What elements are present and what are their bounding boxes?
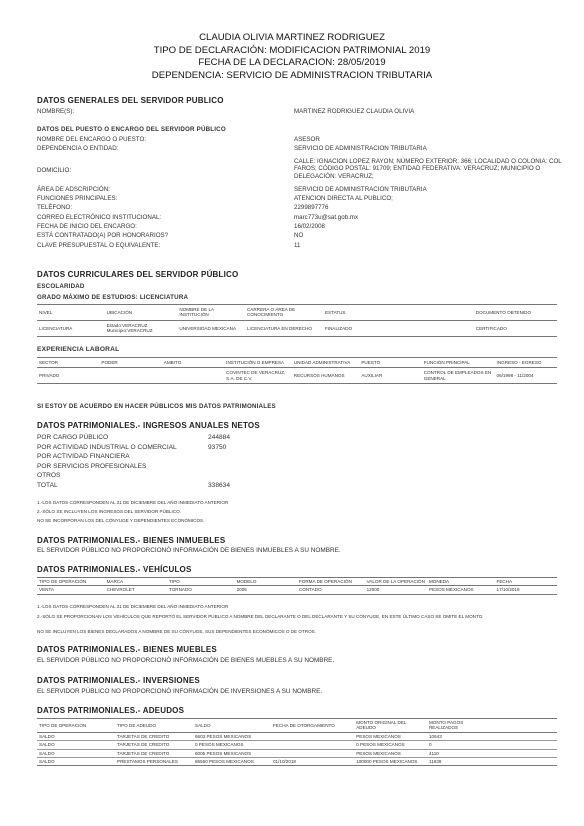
header-cell: UNIDAD ADMINISTRATIVA xyxy=(292,358,360,368)
table-cell: TORNADO xyxy=(167,586,235,594)
table-cell: 6603 PESOS MEXICANOS xyxy=(193,732,271,740)
section-title-datos-generales: DATOS GENERALES DEL SERVIDOR PUBLICO xyxy=(37,96,224,105)
table-header-row: TIPO DE OPERACIÓNMARCATIPOMODELOFORMA DE… xyxy=(37,578,557,586)
header-cell: VALOR DE LA OPERACIÓN xyxy=(365,578,427,586)
section-title-adeudos: DATOS PATRIMONIALES.- ADEUDOS xyxy=(37,706,184,715)
header-cell: TIPO DE ADEUDO xyxy=(115,719,193,733)
field-value: NO xyxy=(294,232,564,239)
income-label: POR CARGO PÚBLICO xyxy=(37,434,108,441)
table-cell xyxy=(99,368,161,384)
table-row: LICENCIATURAEstado:VERACRUZ Municipio:VE… xyxy=(37,320,557,336)
field-value: SERVICIO DE ADMINISTRACION TRIBUTARIA xyxy=(294,145,564,152)
table-cell xyxy=(271,749,354,757)
field-label: TELÉFONO: xyxy=(37,204,72,211)
field-value: CALLE: IGNACION LOPEZ RAYON; NÚMERO EXTE… xyxy=(294,158,564,180)
table-row: SALDOTARJETAS DE CREDITO6603 PESOS MEXIC… xyxy=(37,732,557,740)
header-cell: MONTO ORIGINAL DEL ADEUDO xyxy=(354,719,427,733)
declarant-name: CLAUDIA OLIVIA MARTINEZ RODRIGUEZ xyxy=(0,32,584,45)
document-header: CLAUDIA OLIVIA MARTINEZ RODRIGUEZ TIPO D… xyxy=(0,32,584,82)
table-cell: TARJETAS DE CREDITO xyxy=(115,732,193,740)
table-cell: LICENCIATURA EN DERECHO xyxy=(245,320,323,336)
field-label: ÁREA DE ADSCRIPCIÓN: xyxy=(37,186,110,193)
field-label: CORREO ELECTRÓNICO INSTITUCIONAL: xyxy=(37,214,161,221)
table-cell: 11638 xyxy=(427,758,489,766)
table-cell xyxy=(489,732,557,740)
header-cell: NOMBRE DE LA INSTITUCIÓN xyxy=(177,305,245,321)
header-cell: FUNCIÓN PRINCIPAL xyxy=(422,358,495,368)
table-cell: PRESTAMOS PERSONALES xyxy=(115,758,193,766)
header-cell: ESTATUS xyxy=(323,305,417,321)
table-cell xyxy=(489,749,557,757)
escolaridad-label: ESCOLARIDAD xyxy=(37,283,85,290)
table-cell: 01/10/2018 xyxy=(271,758,354,766)
table-cell: 0 PESOS MEXICANOS xyxy=(193,741,271,749)
field-label: FUNCIONES PRINCIPALES: xyxy=(37,195,117,202)
field-label: DEPENDENCIA O ENTIDAD: xyxy=(37,145,118,152)
header-cell: MODELO xyxy=(235,578,297,586)
declaration-type: TIPO DE DECLARACIÓN: MODIFICACION PATRIM… xyxy=(0,45,584,58)
table-cell: FINALIZADO xyxy=(323,320,417,336)
table-row: VENTACHEVROLETTORNADO2005CONTADO12000PES… xyxy=(37,586,557,594)
section-title-muebles: DATOS PATRIMONIALES.- BIENES MUEBLES xyxy=(37,645,217,654)
section-title-inversiones: DATOS PATRIMONIALES.- INVERSIONES xyxy=(37,676,200,685)
header-cell: TIPO DE OPERACIÓN xyxy=(37,578,105,586)
note: NO SE INCLUYEN LOS BIENES DECLARADOS A N… xyxy=(37,629,557,635)
note: 2.-SÓLO SE INCLUYEN LOS INGRESOS DEL SER… xyxy=(37,509,557,515)
table-cell: CONTROL DE EMPLEADOS EN GENERAL xyxy=(422,368,495,384)
field-label: FECHA DE INICIO DEL ENCARGO: xyxy=(37,223,137,230)
header-cell: FECHA DE OTORGAMIENTO xyxy=(271,719,354,733)
header-cell: MARCA xyxy=(105,578,167,586)
table-header-row: TIPO DE OPERACIONTIPO DE ADEUDOSALDOFECH… xyxy=(37,719,557,733)
adeudos-table: TIPO DE OPERACIONTIPO DE ADEUDOSALDOFECH… xyxy=(37,718,557,766)
table-cell: CERTIFICADO xyxy=(474,320,557,336)
table-cell: CHEVROLET xyxy=(105,586,167,594)
declaration-document: CLAUDIA OLIVIA MARTINEZ RODRIGUEZ TIPO D… xyxy=(0,0,584,826)
field-label: DOMICILIO: xyxy=(37,167,71,174)
section-title-ingresos: DATOS PATRIMONIALES.- INGRESOS ANUALES N… xyxy=(37,421,260,430)
header-cell xyxy=(417,305,474,321)
experiencia-table: SECTORPODERAMBITOINSTITUCIÓN O EMPRESAUN… xyxy=(37,357,557,384)
table-row: PRIVADOCOVINTEC DE VERACRUZ, S.A. DE C.V… xyxy=(37,368,557,384)
field-value: marc773u@sat.gob.mx xyxy=(294,214,564,221)
table-cell: 86560 PESOS MEXICANOS xyxy=(193,758,271,766)
table-cell xyxy=(489,758,557,766)
table-cell: SALDO xyxy=(37,749,115,757)
note: 2.-SÓLO SE PROPORCIONAN LOS VEHÍCULOS QU… xyxy=(37,614,557,620)
table-cell: SALDO xyxy=(37,758,115,766)
income-label: OTROS xyxy=(37,472,60,479)
table-cell: COVINTEC DE VERACRUZ, S.A. DE C.V. xyxy=(224,368,292,384)
table-cell: RECURSOS HUMANOS xyxy=(292,368,360,384)
income-label: POR ACTIVIDAD INDUSTRIAL O COMERCIAL xyxy=(37,444,177,451)
header-cell xyxy=(489,719,557,733)
field-label: ESTÁ CONTRATADO(A) POR HONORARIOS? xyxy=(37,232,168,239)
section-title-experiencia: EXPERIENCIA LABORAL xyxy=(37,346,119,353)
table-cell: 12000 xyxy=(365,586,427,594)
table-cell xyxy=(417,320,474,336)
header-cell: FECHA xyxy=(495,578,557,586)
table-cell: 100000 PESOS MEXICANOS xyxy=(354,758,427,766)
table-cell xyxy=(162,368,224,384)
table-cell: CONTADO xyxy=(297,586,365,594)
vehiculos-table: TIPO DE OPERACIÓNMARCATIPOMODELOFORMA DE… xyxy=(37,577,557,595)
section-title-inmuebles: DATOS PATRIMONIALES.- BIENES INMUEBLES xyxy=(37,536,225,545)
table-cell: VENTA xyxy=(37,586,105,594)
muebles-text: EL SERVIDOR PÚBLICO NO PROPORCIONÓ INFOR… xyxy=(37,657,334,664)
table-cell: PESOS MEXICANOS xyxy=(427,586,495,594)
table-cell: SALDO xyxy=(37,732,115,740)
table-cell xyxy=(271,732,354,740)
table-cell: PRIVADO xyxy=(37,368,99,384)
header-cell: CARRERA O ÁREA DE CONOCIMIENTO xyxy=(245,305,323,321)
header-cell: INGRESO - EGRESO xyxy=(495,358,557,368)
table-cell: 06/1998 - 11/2004 xyxy=(495,368,557,384)
table-cell: PESOS MEXICANOS xyxy=(354,749,427,757)
table-cell xyxy=(271,741,354,749)
field-value: 11 xyxy=(294,242,564,249)
table-cell: TARJETAS DE CREDITO xyxy=(115,749,193,757)
field-value: ATENCION DIRECTA AL PUBLICO; xyxy=(294,195,564,202)
acuerdo-statement: SI ESTOY DE ACUERDO EN HACER PÚBLICOS MI… xyxy=(37,403,276,410)
table-cell: 17/10/2018 xyxy=(495,586,557,594)
section-title-vehiculos: DATOS PATRIMONIALES.- VEHÍCULOS xyxy=(37,565,192,574)
header-cell: NIVEL xyxy=(37,305,105,321)
income-label: POR ACTIVIDAD FINANCIERA xyxy=(37,453,130,460)
field-label: NOMBRE DEL ENCARGO O PUESTO: xyxy=(37,136,146,143)
income-value: 244884 xyxy=(208,434,230,441)
table-cell: 6005 PESOS MEXICANOS xyxy=(193,749,271,757)
table-cell: AUXILIAR xyxy=(359,368,421,384)
income-value: 338634 xyxy=(208,482,230,489)
income-value: 93750 xyxy=(208,444,226,451)
income-label: POR SERVICIOS PROFESIONALES xyxy=(37,463,146,470)
header-cell: AMBITO xyxy=(162,358,224,368)
section-title-curriculares: DATOS CURRICULARES DEL SERVIDOR PÚBLICO xyxy=(37,270,238,279)
header-cell: PODER xyxy=(99,358,161,368)
field-value: MARTINEZ RODRIGUEZ CLAUDIA OLIVIA xyxy=(294,108,564,115)
table-row: SALDOTARJETAS DE CREDITO6005 PESOS MEXIC… xyxy=(37,749,557,757)
field-label: NOMBRE(S): xyxy=(37,108,74,115)
table-cell: 4110 xyxy=(427,749,489,757)
header-cell: TIPO DE OPERACION xyxy=(37,719,115,733)
table-cell: SALDO xyxy=(37,741,115,749)
table-cell: 0 xyxy=(427,741,489,749)
header-cell: SALDO xyxy=(193,719,271,733)
note: 1.-LOS DATOS CORRESPONDEN AL 31 DE DICIE… xyxy=(37,500,557,506)
table-row: SALDOTARJETAS DE CREDITO0 PESOS MEXICANO… xyxy=(37,741,557,749)
field-value: ASESOR xyxy=(294,136,564,143)
escolaridad-table: NIVELUBICACIÓNNOMBRE DE LA INSTITUCIÓNCA… xyxy=(37,304,557,337)
grado-maximo: GRADO MÁXIMO DE ESTUDIOS: LICENCIATURA xyxy=(37,294,188,301)
note: 1.-LOS DATOS CORRESPONDEN AL 31 DE DICIE… xyxy=(37,604,557,610)
field-value: 16/02/2008 xyxy=(294,223,564,230)
field-value: SERVICIO DE ADMINISTRACION TRIBUTARIA xyxy=(294,186,564,193)
table-cell: TARJETAS DE CREDITO xyxy=(115,741,193,749)
header-cell: MONTO PAGOS REALIZADOS xyxy=(427,719,489,733)
header-cell: MONEDA xyxy=(427,578,495,586)
table-row: SALDOPRESTAMOS PERSONALES86560 PESOS MEX… xyxy=(37,758,557,766)
header-cell: FORMA DE OPERACIÓN xyxy=(297,578,365,586)
declaration-agency: DEPENDENCIA: SERVICIO DE ADMINISTRACION … xyxy=(0,70,584,83)
table-cell: PESOS MEXICANOS xyxy=(354,732,427,740)
header-cell: DOCUMENTO OBTENIDO xyxy=(474,305,557,321)
table-header-row: SECTORPODERAMBITOINSTITUCIÓN O EMPRESAUN… xyxy=(37,358,557,368)
field-label: CLAVE PRESUPUESTAL O EQUIVALENTE: xyxy=(37,242,160,249)
table-cell xyxy=(489,741,557,749)
table-cell: 10643 xyxy=(427,732,489,740)
income-label: TOTAL xyxy=(37,482,58,489)
inversiones-text: EL SERVIDOR PÚBLICO NO PROPORCIONÓ INFOR… xyxy=(37,688,322,695)
table-cell: Estado:VERACRUZ Municipio:VERACRUZ xyxy=(105,320,178,336)
header-cell: TIPO xyxy=(167,578,235,586)
note: NO SE INCORPORAN LOS DEL CÓNYUGE Y DEPEN… xyxy=(37,518,557,524)
header-cell: SECTOR xyxy=(37,358,99,368)
header-cell: INSTITUCIÓN O EMPRESA xyxy=(224,358,292,368)
header-cell: UBICACIÓN xyxy=(105,305,178,321)
declaration-date: FECHA DE LA DECLARACION: 28/05/2019 xyxy=(0,57,584,70)
field-value: 2299897776 xyxy=(294,204,564,211)
header-cell: PUESTO xyxy=(359,358,421,368)
table-cell: UNIVERSIDAD MEXICANA xyxy=(177,320,245,336)
inmuebles-text: EL SERVIDOR PÚBLICO NO PROPORCIONÓ INFOR… xyxy=(37,547,341,554)
table-cell: 0 PESOS MEXICANOS xyxy=(354,741,427,749)
table-cell: 2005 xyxy=(235,586,297,594)
section-title-puesto: DATOS DEL PUESTO O ENCARGO DEL SERVIDOR … xyxy=(37,126,226,133)
table-cell: LICENCIATURA xyxy=(37,320,105,336)
table-header-row: NIVELUBICACIÓNNOMBRE DE LA INSTITUCIÓNCA… xyxy=(37,305,557,321)
